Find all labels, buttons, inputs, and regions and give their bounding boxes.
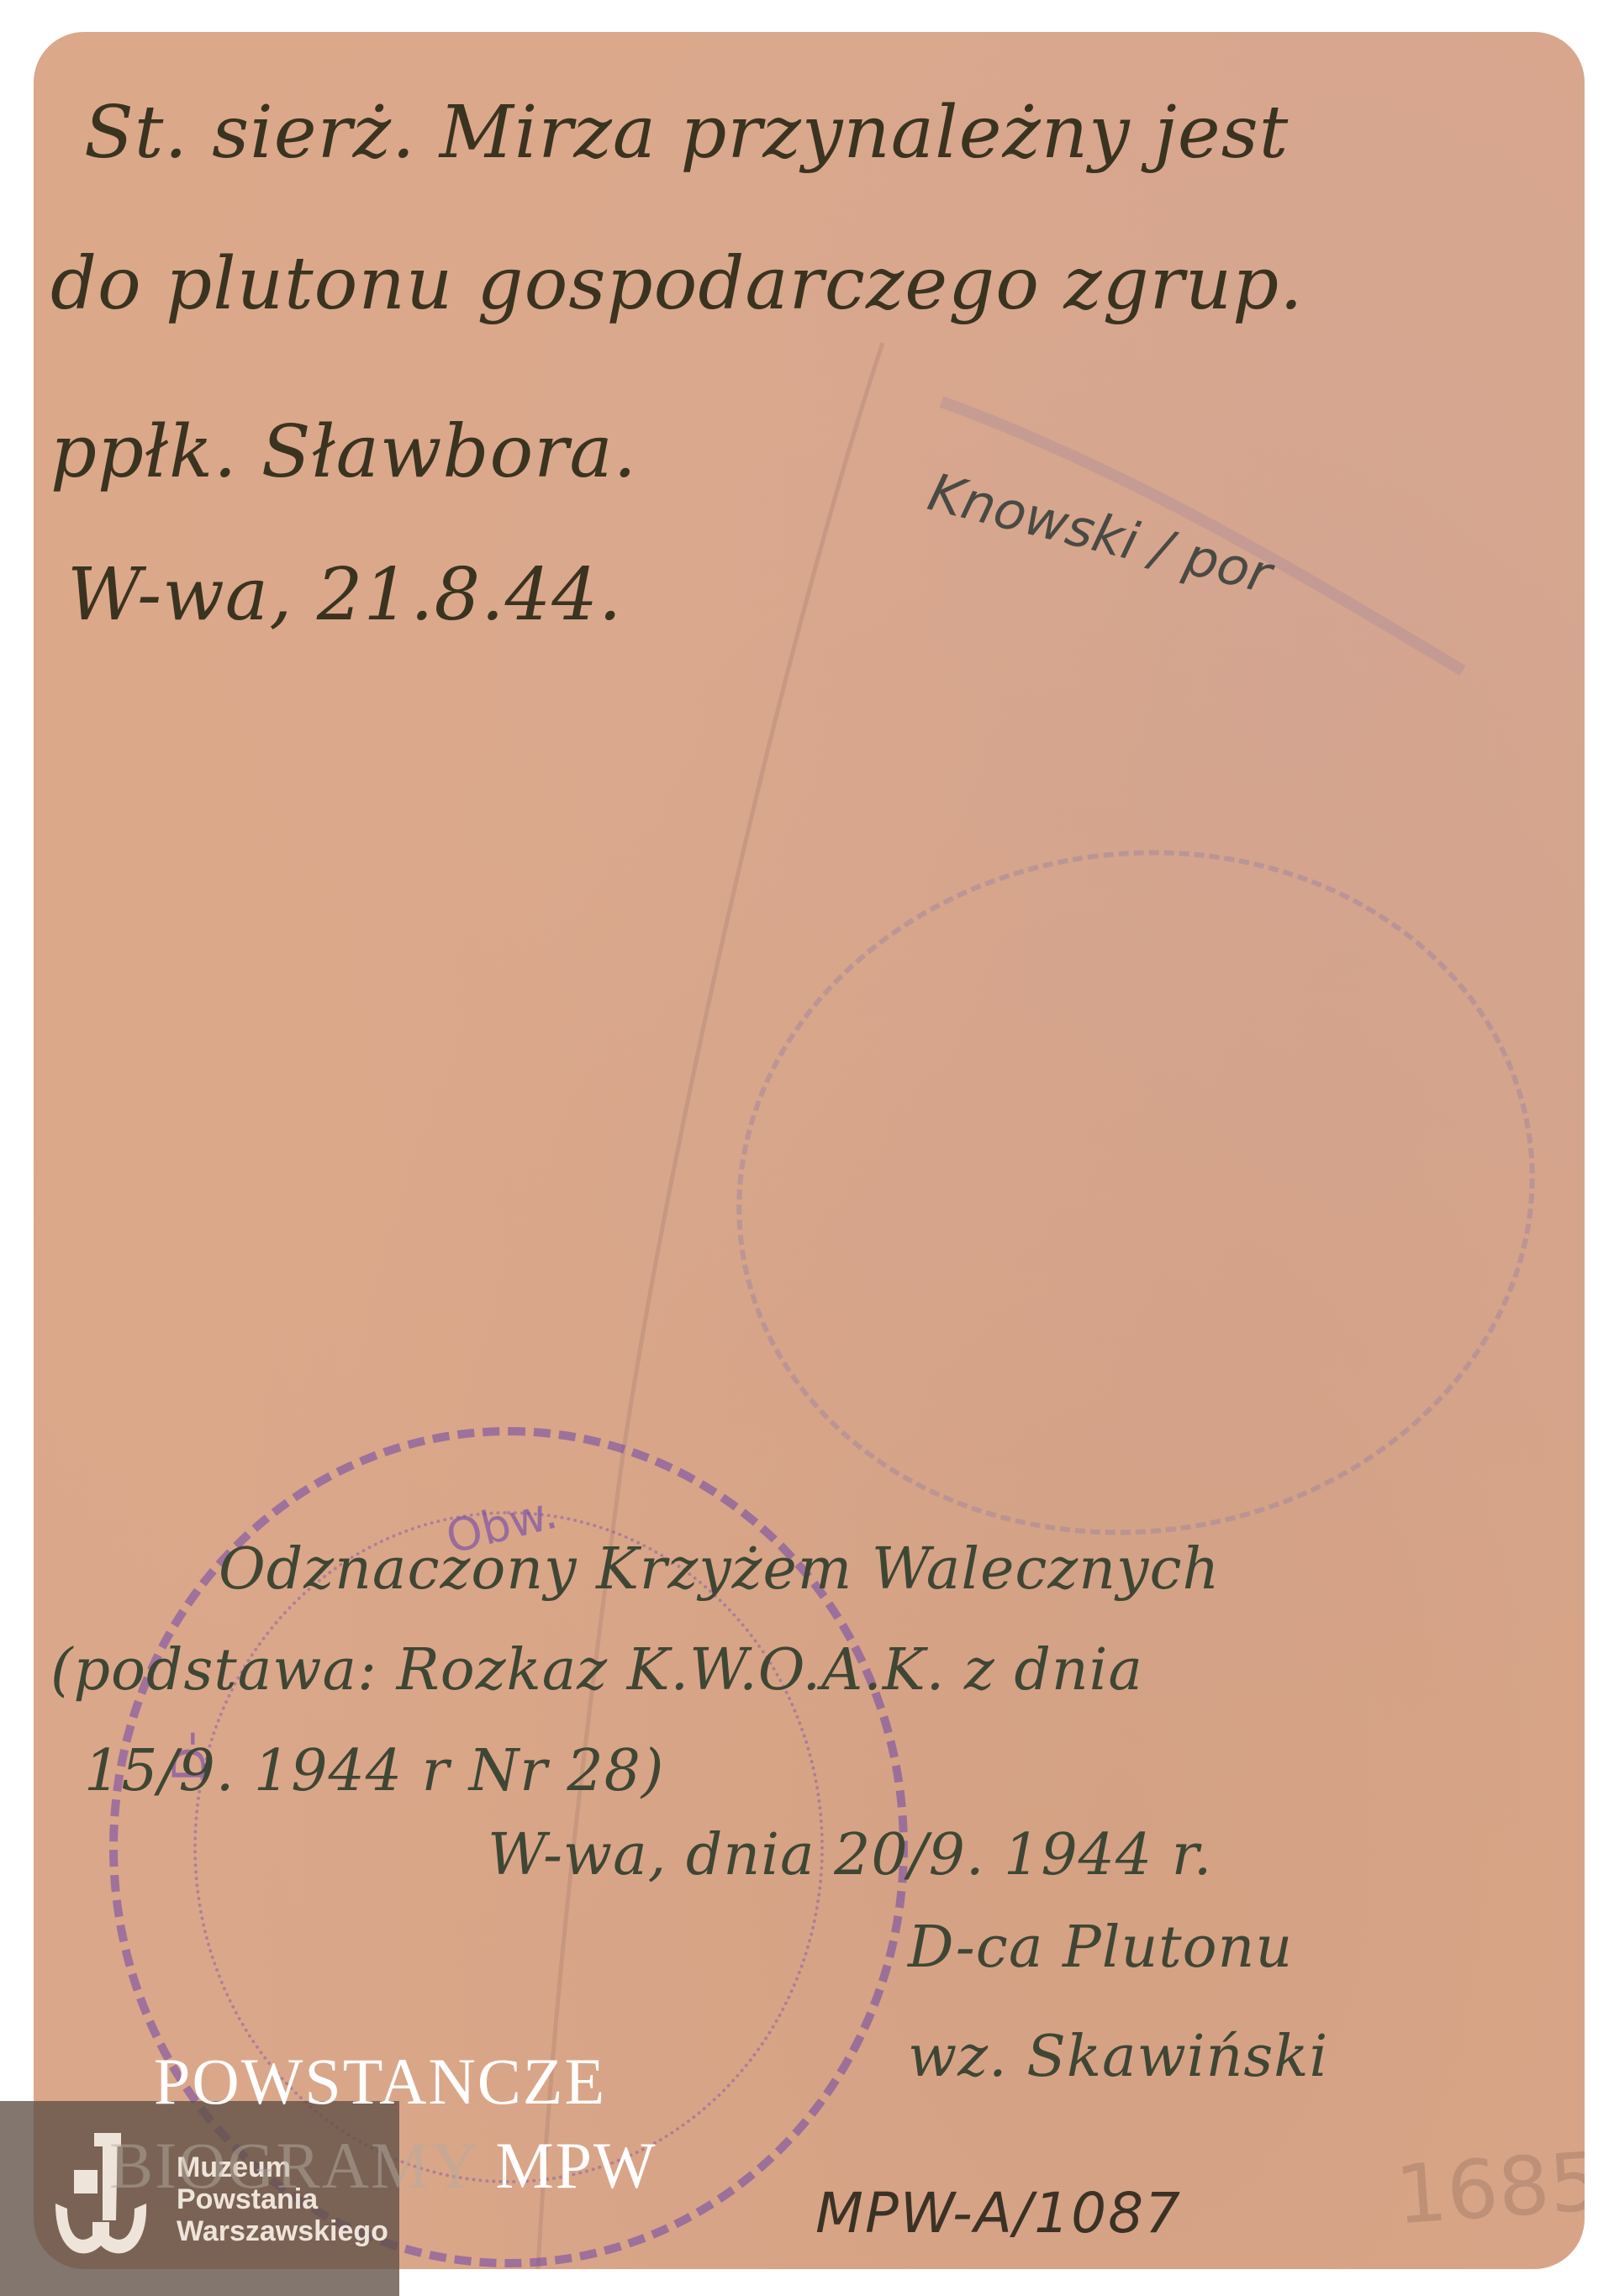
award-date: W-wa, dnia 20/9. 1944 r. (488, 1822, 1212, 1888)
handwriting-date: W-wa, 21.8.44. (67, 553, 622, 637)
museum-name-line-3: Warszawskiego (177, 2215, 388, 2247)
handwriting-line-3: ppłk. Sławbora. (50, 410, 637, 494)
award-line-3: 15/9. 1944 r Nr 28) (84, 1738, 664, 1804)
handwriting-line-2: do plutonu gospodarczego zgrup. (50, 242, 1304, 326)
watermark-biogramy: BIOGRAMY (109, 2129, 477, 2202)
watermark-line-1: POWSTANCZE (154, 2044, 606, 2120)
watermark-mpw: MPW (495, 2129, 657, 2202)
archival-card: Obw. D- St. sierż. Mirza przynależny jes… (34, 32, 1585, 2269)
award-line-1: Odznaczony Krzyżem Walecznych (219, 1536, 1220, 1603)
archive-number: MPW-A/1087 (815, 2181, 1182, 2246)
award-line-2: (podstawa: Rozkaz K.W.O.A.K. z dnia (50, 1637, 1143, 1704)
commander-signature: wz. Skawiński (908, 2024, 1328, 2090)
commander-title: D-ca Plutonu (908, 1914, 1293, 1981)
watermark-line-2: BIOGRAMY MPW (109, 2128, 657, 2204)
handwriting-line-1: St. sierż. Mirza przynależny jest (84, 91, 1289, 175)
faint-pencil-number: 1685 (1392, 2135, 1585, 2243)
